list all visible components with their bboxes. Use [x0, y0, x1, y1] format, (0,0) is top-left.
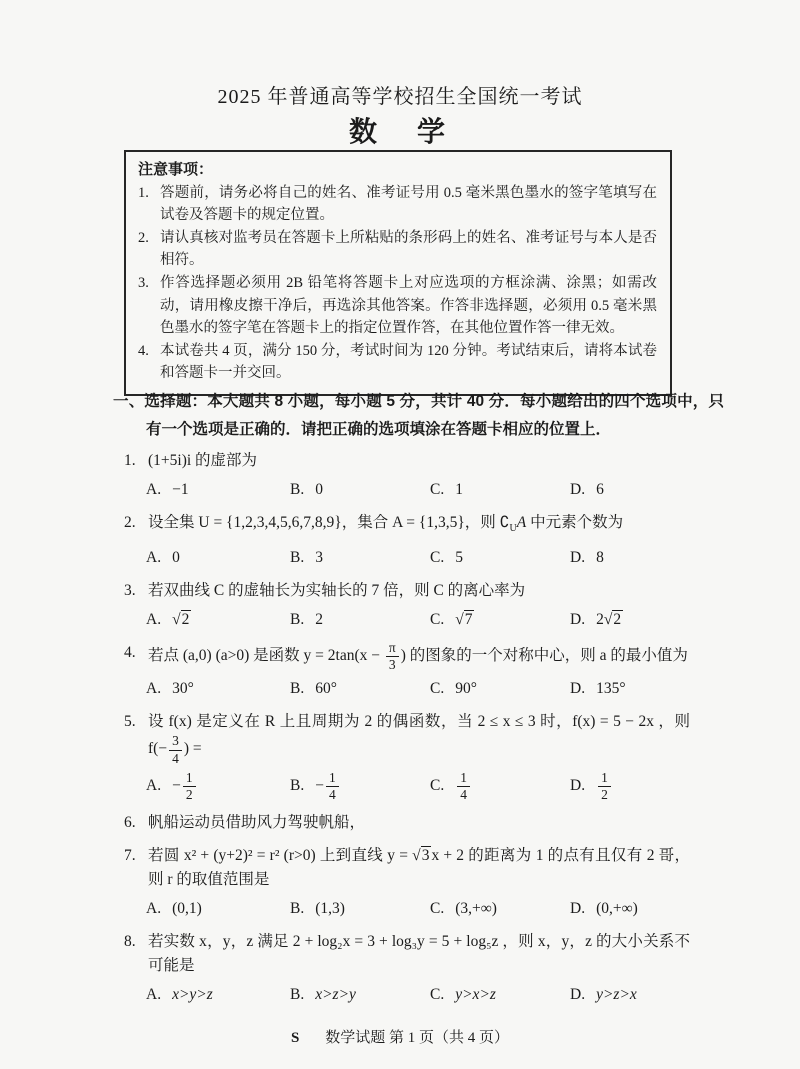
- fraction: 14: [326, 771, 339, 802]
- question-stem: 3. 若双曲线 C 的虚轴长为实轴长的 7 倍，则 C 的离心率为: [124, 579, 690, 603]
- fraction-numerator: 1: [457, 771, 470, 787]
- option-label: A.: [146, 481, 161, 498]
- question-stem: 1. (1+5i)i 的虚部为: [124, 449, 690, 473]
- radicand: 2: [612, 610, 623, 628]
- options-row: A.x>y>z B.x>z>y C.y>x>z D.y>z>x: [124, 983, 690, 1007]
- option-value: 1: [455, 481, 463, 498]
- option-value: 135°: [596, 680, 625, 697]
- sqrt-expression: √7: [455, 610, 474, 628]
- question-number: 7.: [124, 844, 148, 892]
- option-label: A.: [146, 900, 161, 917]
- question-stem: 8. 若实数 x，y，z 满足 2 + log₂x = 3 + log₃y = …: [124, 930, 690, 978]
- option-label: B.: [290, 549, 304, 566]
- question-text: 若点 (a,0) (a>0) 是函数 y = 2tan(x − π3) 的图象的…: [148, 641, 690, 672]
- section-header: 一、选择题：本大题共 8 小题，每小题 5 分，共计 40 分．每小题给出的四个…: [113, 388, 724, 444]
- option-label: D.: [570, 481, 585, 498]
- radicand: 2: [181, 610, 192, 628]
- option-b: B.2: [290, 608, 430, 632]
- fraction-denominator: 4: [326, 787, 339, 802]
- option-value: 8: [596, 549, 604, 566]
- question-text: 若圆 x² + (y+2)² = r² (r>0) 上到直线 y = √3x +…: [148, 844, 690, 892]
- option-b: B.−14: [290, 771, 430, 802]
- question-number: 2.: [124, 511, 148, 541]
- option-value: 30°: [172, 680, 194, 697]
- option-value: 60°: [315, 680, 337, 697]
- option-a: A.−1: [146, 478, 290, 502]
- option-label: B.: [290, 680, 304, 697]
- notice-item-text: 作答选择题必须用 2B 铅笔将答题卡上对应选项的方框涂满、涂黑；如需改动，请用橡…: [160, 272, 657, 340]
- options-row: A.−1 B.0 C.1 D.6: [124, 478, 690, 502]
- fraction: 34: [169, 734, 182, 765]
- question-stem: 2. 设全集 U = {1,2,3,4,5,6,7,8,9}，集合 A = {1…: [124, 511, 690, 541]
- question-number: 5.: [124, 710, 148, 765]
- question-number: 3.: [124, 579, 148, 603]
- subject-title: 数 学: [0, 110, 800, 150]
- option-b: B.60°: [290, 677, 430, 701]
- paper-code: S: [291, 1030, 299, 1046]
- notice-item: 1. 答题前，请务必将自己的姓名、准考证号用 0.5 毫米黑色墨水的签字笔填写在…: [138, 182, 657, 227]
- question-stem: 5. 设 f(x) 是定义在 R 上且周期为 2 的偶函数，当 2 ≤ x ≤ …: [124, 710, 690, 765]
- option-d: D.2√2: [570, 608, 690, 632]
- notice-item-number: 3.: [138, 272, 160, 340]
- option-d: D.y>z>x: [570, 983, 690, 1007]
- option-value: 3: [315, 549, 323, 566]
- option-c: C.14: [430, 771, 570, 802]
- option-value: (3,+∞): [455, 900, 497, 917]
- stem-post: 中元素个数为: [526, 514, 623, 531]
- option-value: (0,1): [172, 900, 202, 917]
- sign: −: [315, 777, 324, 794]
- option-value: (0,+∞): [596, 900, 638, 917]
- option-d: D.12: [570, 771, 690, 802]
- notice-box: 注意事项： 1. 答题前，请务必将自己的姓名、准考证号用 0.5 毫米黑色墨水的…: [124, 150, 672, 396]
- question-text: (1+5i)i 的虚部为: [148, 449, 690, 473]
- question-5: 5. 设 f(x) 是定义在 R 上且周期为 2 的偶函数，当 2 ≤ x ≤ …: [124, 710, 690, 802]
- option-b: B.0: [290, 478, 430, 502]
- fraction-numerator: 1: [326, 771, 339, 787]
- question-stem: 4. 若点 (a,0) (a>0) 是函数 y = 2tan(x − π3) 的…: [124, 641, 690, 672]
- option-a: A.30°: [146, 677, 290, 701]
- option-label: D.: [570, 549, 585, 566]
- fraction: 14: [457, 771, 470, 802]
- fraction: π3: [386, 641, 399, 672]
- question-7: 7. 若圆 x² + (y+2)² = r² (r>0) 上到直线 y = √3…: [124, 844, 690, 921]
- option-a: A.0: [146, 546, 290, 570]
- option-value: y>x>z: [455, 986, 496, 1003]
- option-value: 6: [596, 481, 604, 498]
- fraction-numerator: π: [386, 641, 399, 657]
- question-number: 8.: [124, 930, 148, 978]
- question-number: 1.: [124, 449, 148, 473]
- notice-item-text: 本试卷共 4 页，满分 150 分，考试时间为 120 分钟。考试结束后，请将本…: [160, 340, 657, 385]
- question-4: 4. 若点 (a,0) (a>0) 是函数 y = 2tan(x − π3) 的…: [124, 641, 690, 701]
- option-c: C.5: [430, 546, 570, 570]
- sqrt-expression: √2: [604, 610, 623, 628]
- option-c: C.√7: [430, 608, 570, 632]
- notice-heading: 注意事项：: [138, 159, 657, 182]
- question-stem: 7. 若圆 x² + (y+2)² = r² (r>0) 上到直线 y = √3…: [124, 844, 690, 892]
- notice-item-number: 2.: [138, 227, 160, 272]
- option-value: x>z>y: [315, 986, 356, 1003]
- question-number: 6.: [124, 811, 148, 835]
- fraction-numerator: 1: [183, 771, 196, 787]
- option-c: C.1: [430, 478, 570, 502]
- option-label: A.: [146, 549, 161, 566]
- question-text: 若双曲线 C 的虚轴长为实轴长的 7 倍，则 C 的离心率为: [148, 579, 690, 603]
- option-label: A.: [146, 611, 161, 628]
- options-row: A.−12 B.−14 C.14 D.12: [124, 771, 690, 802]
- stem-pre: 设全集 U = {1,2,3,4,5,6,7,8,9}，集合 A = {1,3,…: [148, 514, 500, 531]
- notice-item-number: 1.: [138, 182, 160, 227]
- option-label: C.: [430, 986, 444, 1003]
- question-6: 6. 帆船运动员借助风力驾驶帆船，: [124, 811, 690, 835]
- stem-pre: 若圆 x² + (y+2)² = r² (r>0) 上到直线 y =: [148, 847, 412, 864]
- notice-item: 4. 本试卷共 4 页，满分 150 分，考试时间为 120 分钟。考试结束后，…: [138, 340, 657, 385]
- question-text: 设 f(x) 是定义在 R 上且周期为 2 的偶函数，当 2 ≤ x ≤ 3 时…: [148, 710, 690, 765]
- option-label: C.: [430, 611, 444, 628]
- options-row: A.30° B.60° C.90° D.135°: [124, 677, 690, 701]
- option-b: B.x>z>y: [290, 983, 430, 1007]
- option-label: B.: [290, 481, 304, 498]
- option-b: B.(1,3): [290, 897, 430, 921]
- radicand: 3: [421, 846, 432, 864]
- question-3: 3. 若双曲线 C 的虚轴长为实轴长的 7 倍，则 C 的离心率为 A.√2 B…: [124, 579, 690, 632]
- option-d: D.6: [570, 478, 690, 502]
- sqrt-expression: √2: [172, 610, 191, 628]
- complement-symbol: ∁: [500, 514, 510, 531]
- question-text: 帆船运动员借助风力驾驶帆船，: [148, 811, 690, 835]
- option-a: A.−12: [146, 771, 290, 802]
- option-label: D.: [570, 611, 585, 628]
- fraction-denominator: 2: [183, 787, 196, 802]
- notice-item-text: 请认真核对监考员在答题卡上所粘贴的条形码上的姓名、准考证号与本人是否相符。: [160, 227, 657, 272]
- option-label: B.: [290, 900, 304, 917]
- stem-pre: 设 f(x) 是定义在 R 上且周期为 2 的偶函数，当 2 ≤ x ≤ 3 时…: [148, 713, 690, 757]
- question-2: 2. 设全集 U = {1,2,3,4,5,6,7,8,9}，集合 A = {1…: [124, 511, 690, 570]
- option-label: C.: [430, 549, 444, 566]
- notice-item-text: 答题前，请务必将自己的姓名、准考证号用 0.5 毫米黑色墨水的签字笔填写在试卷及…: [160, 182, 657, 227]
- option-label: C.: [430, 900, 444, 917]
- option-label: B.: [290, 611, 304, 628]
- notice-item: 3. 作答选择题必须用 2B 铅笔将答题卡上对应选项的方框涂满、涂黑；如需改动，…: [138, 272, 657, 340]
- sign: −: [172, 777, 181, 794]
- sqrt-expression: √3: [412, 846, 431, 864]
- fraction: 12: [598, 771, 611, 802]
- options-row: A.0 B.3 C.5 D.8: [124, 546, 690, 570]
- radical-sign: √: [412, 847, 421, 864]
- option-value: x>y>z: [172, 986, 213, 1003]
- fraction-numerator: 1: [598, 771, 611, 787]
- option-label: C.: [430, 680, 444, 697]
- fraction-denominator: 4: [457, 787, 470, 802]
- footer-text: 数学试题 第 1 页（共 4 页）: [325, 1030, 509, 1046]
- option-value: y>z>x: [596, 986, 637, 1003]
- exam-page: 2025 年普通高等学校招生全国统一考试 数 学 注意事项： 1. 答题前，请务…: [0, 0, 800, 1069]
- question-8: 8. 若实数 x，y，z 满足 2 + log₂x = 3 + log₃y = …: [124, 930, 690, 1007]
- option-value: 90°: [455, 680, 477, 697]
- fraction-denominator: 3: [386, 657, 399, 672]
- question-list: 1. (1+5i)i 的虚部为 A.−1 B.0 C.1 D.6 2. 设全集 …: [124, 449, 690, 1016]
- option-value: 0: [315, 481, 323, 498]
- option-label: B.: [290, 986, 304, 1003]
- question-text: 若实数 x，y，z 满足 2 + log₂x = 3 + log₃y = 5 +…: [148, 930, 690, 978]
- options-row: A.(0,1) B.(1,3) C.(3,+∞) D.(0,+∞): [124, 897, 690, 921]
- stem-post: ) 的图象的一个对称中心，则 a 的最小值为: [401, 647, 688, 664]
- option-value: 2: [315, 611, 323, 628]
- options-row: A.√2 B.2 C.√7 D.2√2: [124, 608, 690, 632]
- page-footer: S数学试题 第 1 页（共 4 页）: [0, 1026, 800, 1047]
- notice-item-number: 4.: [138, 340, 160, 385]
- option-c: C.(3,+∞): [430, 897, 570, 921]
- option-value: −1: [172, 481, 189, 498]
- option-a: A.(0,1): [146, 897, 290, 921]
- stem-pre: 若点 (a,0) (a>0) 是函数 y = 2tan(x −: [148, 647, 384, 664]
- option-label: A.: [146, 680, 161, 697]
- option-value: 5: [455, 549, 463, 566]
- option-label: D.: [570, 680, 585, 697]
- option-label: D.: [570, 986, 585, 1003]
- option-label: A.: [146, 986, 161, 1003]
- question-stem: 6. 帆船运动员借助风力驾驶帆船，: [124, 811, 690, 835]
- radical-sign: √: [455, 611, 464, 628]
- option-d: D.(0,+∞): [570, 897, 690, 921]
- option-d: D.135°: [570, 677, 690, 701]
- question-1: 1. (1+5i)i 的虚部为 A.−1 B.0 C.1 D.6: [124, 449, 690, 502]
- option-label: C.: [430, 481, 444, 498]
- option-a: A.x>y>z: [146, 983, 290, 1007]
- fraction: 12: [183, 771, 196, 802]
- option-c: C.y>x>z: [430, 983, 570, 1007]
- option-value: (1,3): [315, 900, 345, 917]
- stem-post: ) =: [184, 741, 202, 758]
- option-label: B.: [290, 777, 304, 794]
- option-label: D.: [570, 900, 585, 917]
- set-name: A: [517, 514, 526, 531]
- coefficient: 2: [596, 611, 604, 628]
- option-value: 0: [172, 549, 180, 566]
- fraction-numerator: 3: [169, 734, 182, 750]
- notice-item: 2. 请认真核对监考员在答题卡上所粘贴的条形码上的姓名、准考证号与本人是否相符。: [138, 227, 657, 272]
- question-number: 4.: [124, 641, 148, 672]
- radical-sign: √: [172, 611, 181, 628]
- complement-subscript: U: [510, 523, 517, 534]
- option-label: A.: [146, 777, 161, 794]
- option-b: B.3: [290, 546, 430, 570]
- option-a: A.√2: [146, 608, 290, 632]
- fraction-denominator: 2: [598, 787, 611, 802]
- fraction-denominator: 4: [169, 751, 182, 766]
- question-text: 设全集 U = {1,2,3,4,5,6,7,8,9}，集合 A = {1,3,…: [148, 511, 690, 541]
- option-d: D.8: [570, 546, 690, 570]
- exam-title: 2025 年普通高等学校招生全国统一考试: [0, 80, 800, 109]
- option-c: C.90°: [430, 677, 570, 701]
- radicand: 7: [464, 610, 475, 628]
- option-label: D.: [570, 777, 585, 794]
- option-label: C.: [430, 777, 444, 794]
